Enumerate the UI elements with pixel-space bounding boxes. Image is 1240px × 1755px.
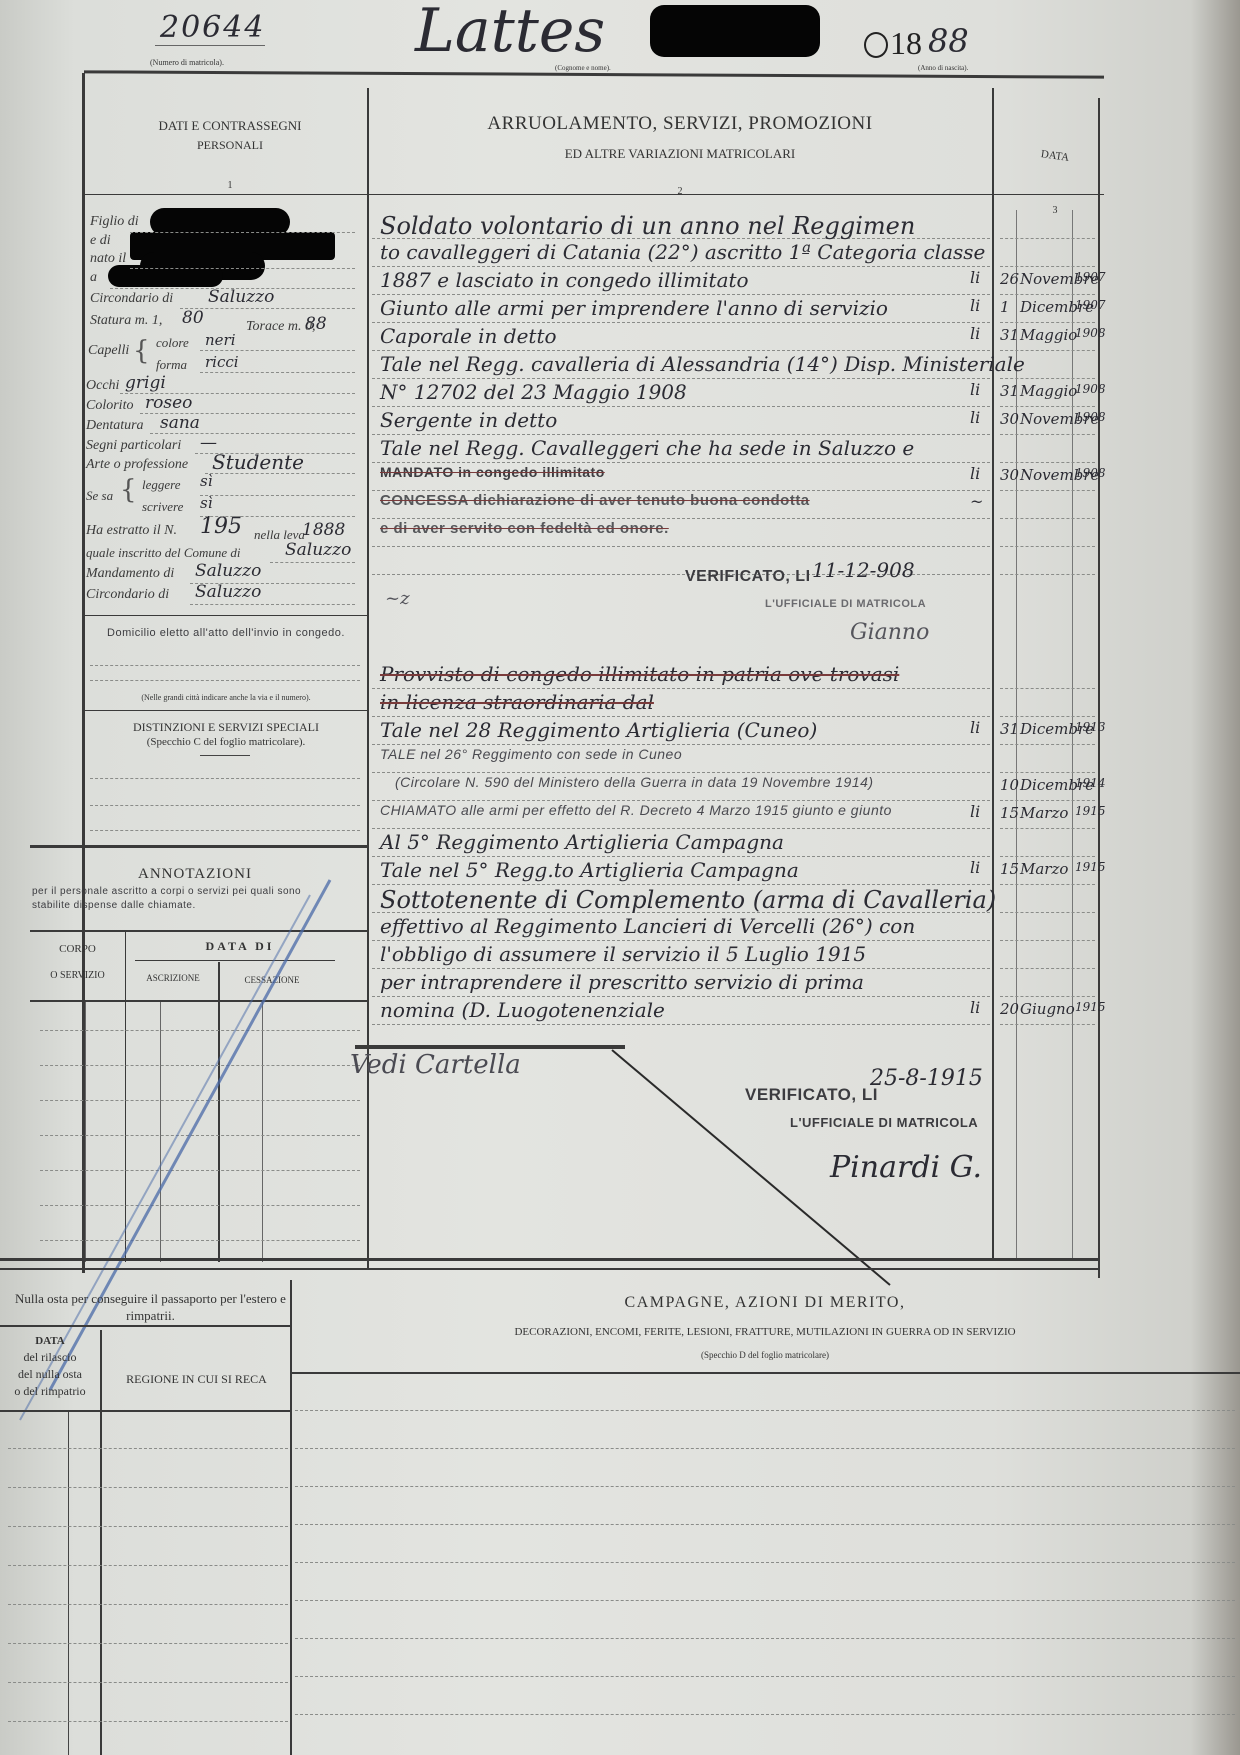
campagne-note: (Specchio D del foglio matricolare) [295,1350,1235,1360]
nulla-osta-data-header: DATA [0,1335,100,1347]
campagne-subtitle: DECORAZIONI, ENCOMI, FERITE, LESIONI, FR… [295,1326,1235,1338]
nulla-osta-data-sub2: del nulla osta [0,1367,100,1382]
nulla-osta-title: Nulla osta per conseguire il passaporto … [8,1290,293,1324]
campagne-title: CAMPAGNE, AZIONI DI MERITO, [295,1294,1235,1312]
nulla-osta-data-sub3: o del rimpatrio [0,1384,100,1399]
regione-header: REGIONE IN CUI SI RECA [104,1372,289,1387]
nulla-osta-data-sub1: del rilascio [0,1350,100,1365]
cancel-diagonal-line [0,0,1240,1755]
